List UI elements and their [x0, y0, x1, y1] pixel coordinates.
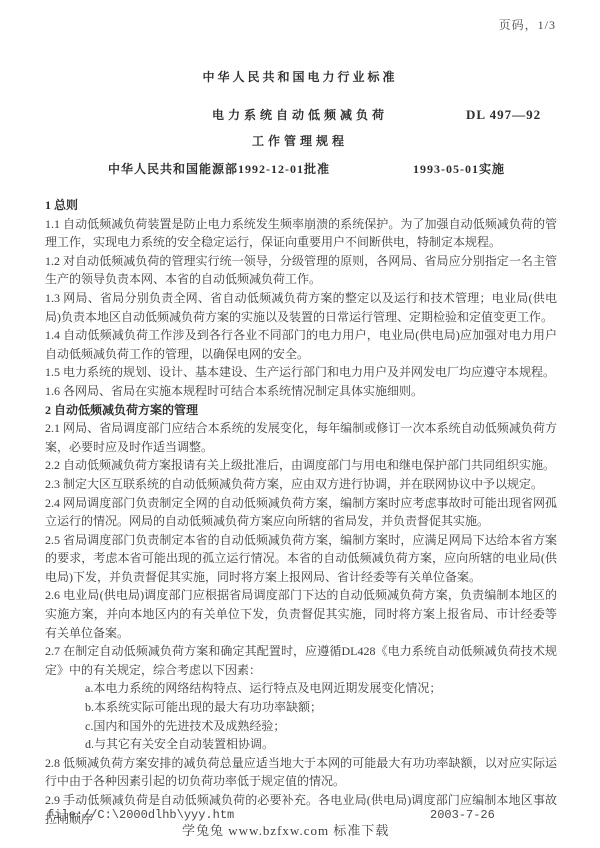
paragraph-2-8: 2.8 低频减负荷方案安排的减负荷总量应适当地大于本网的可能最大有功功率缺额，以… [45, 754, 557, 791]
footer-watermark: 学兔兔 www.bzfxw.com 标准下载 [182, 820, 389, 839]
paragraph-1-4: 1.4 自动低频减负荷工作涉及到各行各业不同部门的电力用户，电业局(供电局)应加… [45, 326, 557, 363]
list-item-b: b.本系统实际可能出现的最大有功功率缺额； [45, 698, 557, 717]
paragraph-1-2: 1.2 对自动低频减负荷的管理实行统一领导，分级管理的原则，各网局、省局应分别指… [45, 252, 557, 289]
paragraph-1-5: 1.5 电力系统的规划、设计、基本建设、生产运行部门和电力用户及并网发电厂均应遵… [45, 363, 557, 382]
footer-date: 2003-7-26 [430, 808, 495, 822]
document-body: 1 总则 1.1 自动低频减负荷装置是防止电力系统发生频率崩溃的系统保护。为了加… [45, 196, 557, 828]
paragraph-2-4: 2.4 网局调度部门负责制定全网的自动低频减负荷方案，编制方案时应考虑事故时可能… [45, 494, 557, 531]
standard-class-line: 中华人民共和国电力行业标准 [0, 68, 600, 85]
list-item-d: d.与其它有关安全自动装置相协调。 [45, 735, 557, 754]
page-number: 页码，1/3 [499, 16, 556, 33]
section-heading-2: 2 自动低频减负荷方案的管理 [45, 401, 557, 420]
paragraph-1-1: 1.1 自动低频减负荷装置是防止电力系统发生频率崩溃的系统保护。为了加强自动低频… [45, 215, 557, 252]
paragraph-1-6: 1.6 各网局、省局在实施本规程时可结合本系统情况制定具体实施细则。 [45, 382, 557, 401]
paragraph-2-7: 2.7 在制定自动低频减负荷方案和确定其配置时，应遵循DL428《电力系统自动低… [45, 642, 557, 679]
paragraph-1-3: 1.3 网局、省局分别负责全网、省自动低频减负荷方案的整定以及运行和技术管理；电… [45, 289, 557, 326]
document-subtitle: 工作管理规程 [0, 132, 600, 149]
standard-code: DL 497—92 [466, 107, 541, 123]
implementation-date: 1993-05-01实施 [413, 160, 505, 177]
paragraph-2-2: 2.2 自动低频减负荷方案报请有关上级批准后，由调度部门与用电和继电保护部门共同… [45, 456, 557, 475]
section-heading-1: 1 总则 [45, 196, 557, 215]
paragraph-2-5: 2.5 省局调度部门负责制定本省的自动低频减负荷方案，编制方案时，应满足网局下达… [45, 531, 557, 587]
approval-text: 中华人民共和国能源部1992-12-01批准 [108, 160, 330, 177]
list-item-c: c.国内和国外的先进技术及成熟经验； [45, 717, 557, 736]
list-item-a: a.本电力系统的网络结构特点、运行特点及电网近期发展变化情况； [45, 679, 557, 698]
paragraph-2-3: 2.3 制定大区互联系统的自动低频减负荷方案，应由双方进行协调，并在联网协议中予… [45, 475, 557, 494]
paragraph-2-1: 2.1 网局、省局调度部门应结合本系统的发展变化，每年编制或修订一次本系统自动低… [45, 419, 557, 456]
paragraph-2-6: 2.6 电业局(供电局)调度部门应根据省局调度部门下达的自动低频减负荷方案，负责… [45, 586, 557, 642]
document-page: 页码，1/3 中华人民共和国电力行业标准 电力系统自动低频减负荷 DL 497—… [0, 0, 600, 848]
